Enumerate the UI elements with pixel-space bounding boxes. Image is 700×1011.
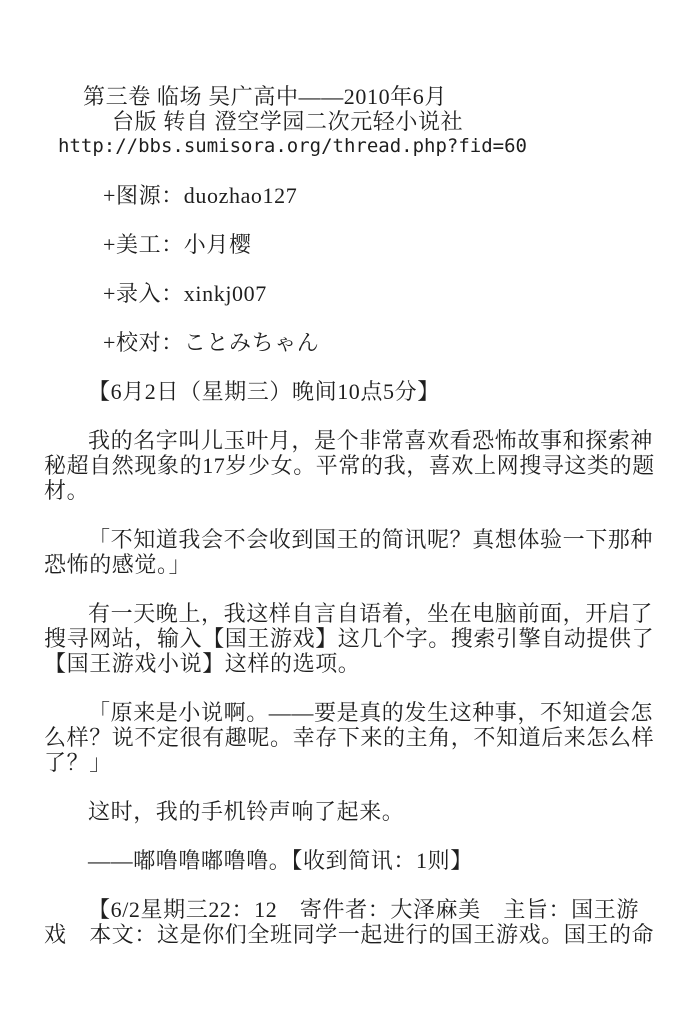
edition-line: 台版 转自 澄空学园二次元轻小说社 — [44, 109, 656, 134]
paragraph-message-content: 【6/2星期三22：12 寄件者：大泽麻美 主旨：国王游 戏 本文：这是你们全班… — [44, 897, 656, 947]
story-content: 【6月2日（星期三）晚间10点5分】 我的名字叫儿玉叶月，是个非常喜欢看恐怖故事… — [44, 379, 656, 947]
credit-image-source: +图源：duozhao127 — [44, 183, 656, 208]
paragraph-search: 有一天晚上，我这样自言自语着，坐在电脑前面，开启了 搜寻网站，输入【国王游戏】这… — [44, 601, 656, 676]
ebook-page: { "page": { "background_color": "#ffffff… — [0, 0, 700, 1011]
credit-proofread: +校对：ことみちゃん — [44, 330, 656, 355]
credit-typing: +录入：xinkj007 — [44, 281, 656, 306]
page-header: 第三卷 临场 吴广高中——2010年6月 台版 转自 澄空学园二次元轻小说社 h… — [44, 84, 656, 159]
paragraph-quote-novel: 「原来是小说啊。——要是真的发生这种事，不知道会怎 么样？说不定很有趣呢。幸存下… — [44, 700, 656, 775]
paragraph-quote-wish: 「不知道我会不会收到国王的简讯呢？真想体验一下那种 恐怖的感觉。」 — [44, 527, 656, 577]
paragraph-intro: 我的名字叫儿玉叶月，是个非常喜欢看恐怖故事和探索神 秘超自然现象的17岁少女。平… — [44, 428, 656, 503]
paragraph-ringtone-notification: ——嘟噜噜嘟噜噜。【收到简讯：1则】 — [44, 848, 656, 873]
paragraph-phone-ring: 这时，我的手机铃声响了起来。 — [44, 799, 656, 824]
credits-block: +图源：duozhao127 +美工：小月樱 +录入：xinkj007 +校对：… — [44, 183, 656, 355]
volume-title: 第三卷 临场 吴广高中——2010年6月 — [44, 84, 656, 109]
credit-art: +美工：小月樱 — [44, 232, 656, 257]
source-url: http://bbs.sumisora.org/thread.php?fid=6… — [44, 134, 656, 159]
datetime-heading: 【6月2日（星期三）晚间10点5分】 — [44, 379, 656, 404]
